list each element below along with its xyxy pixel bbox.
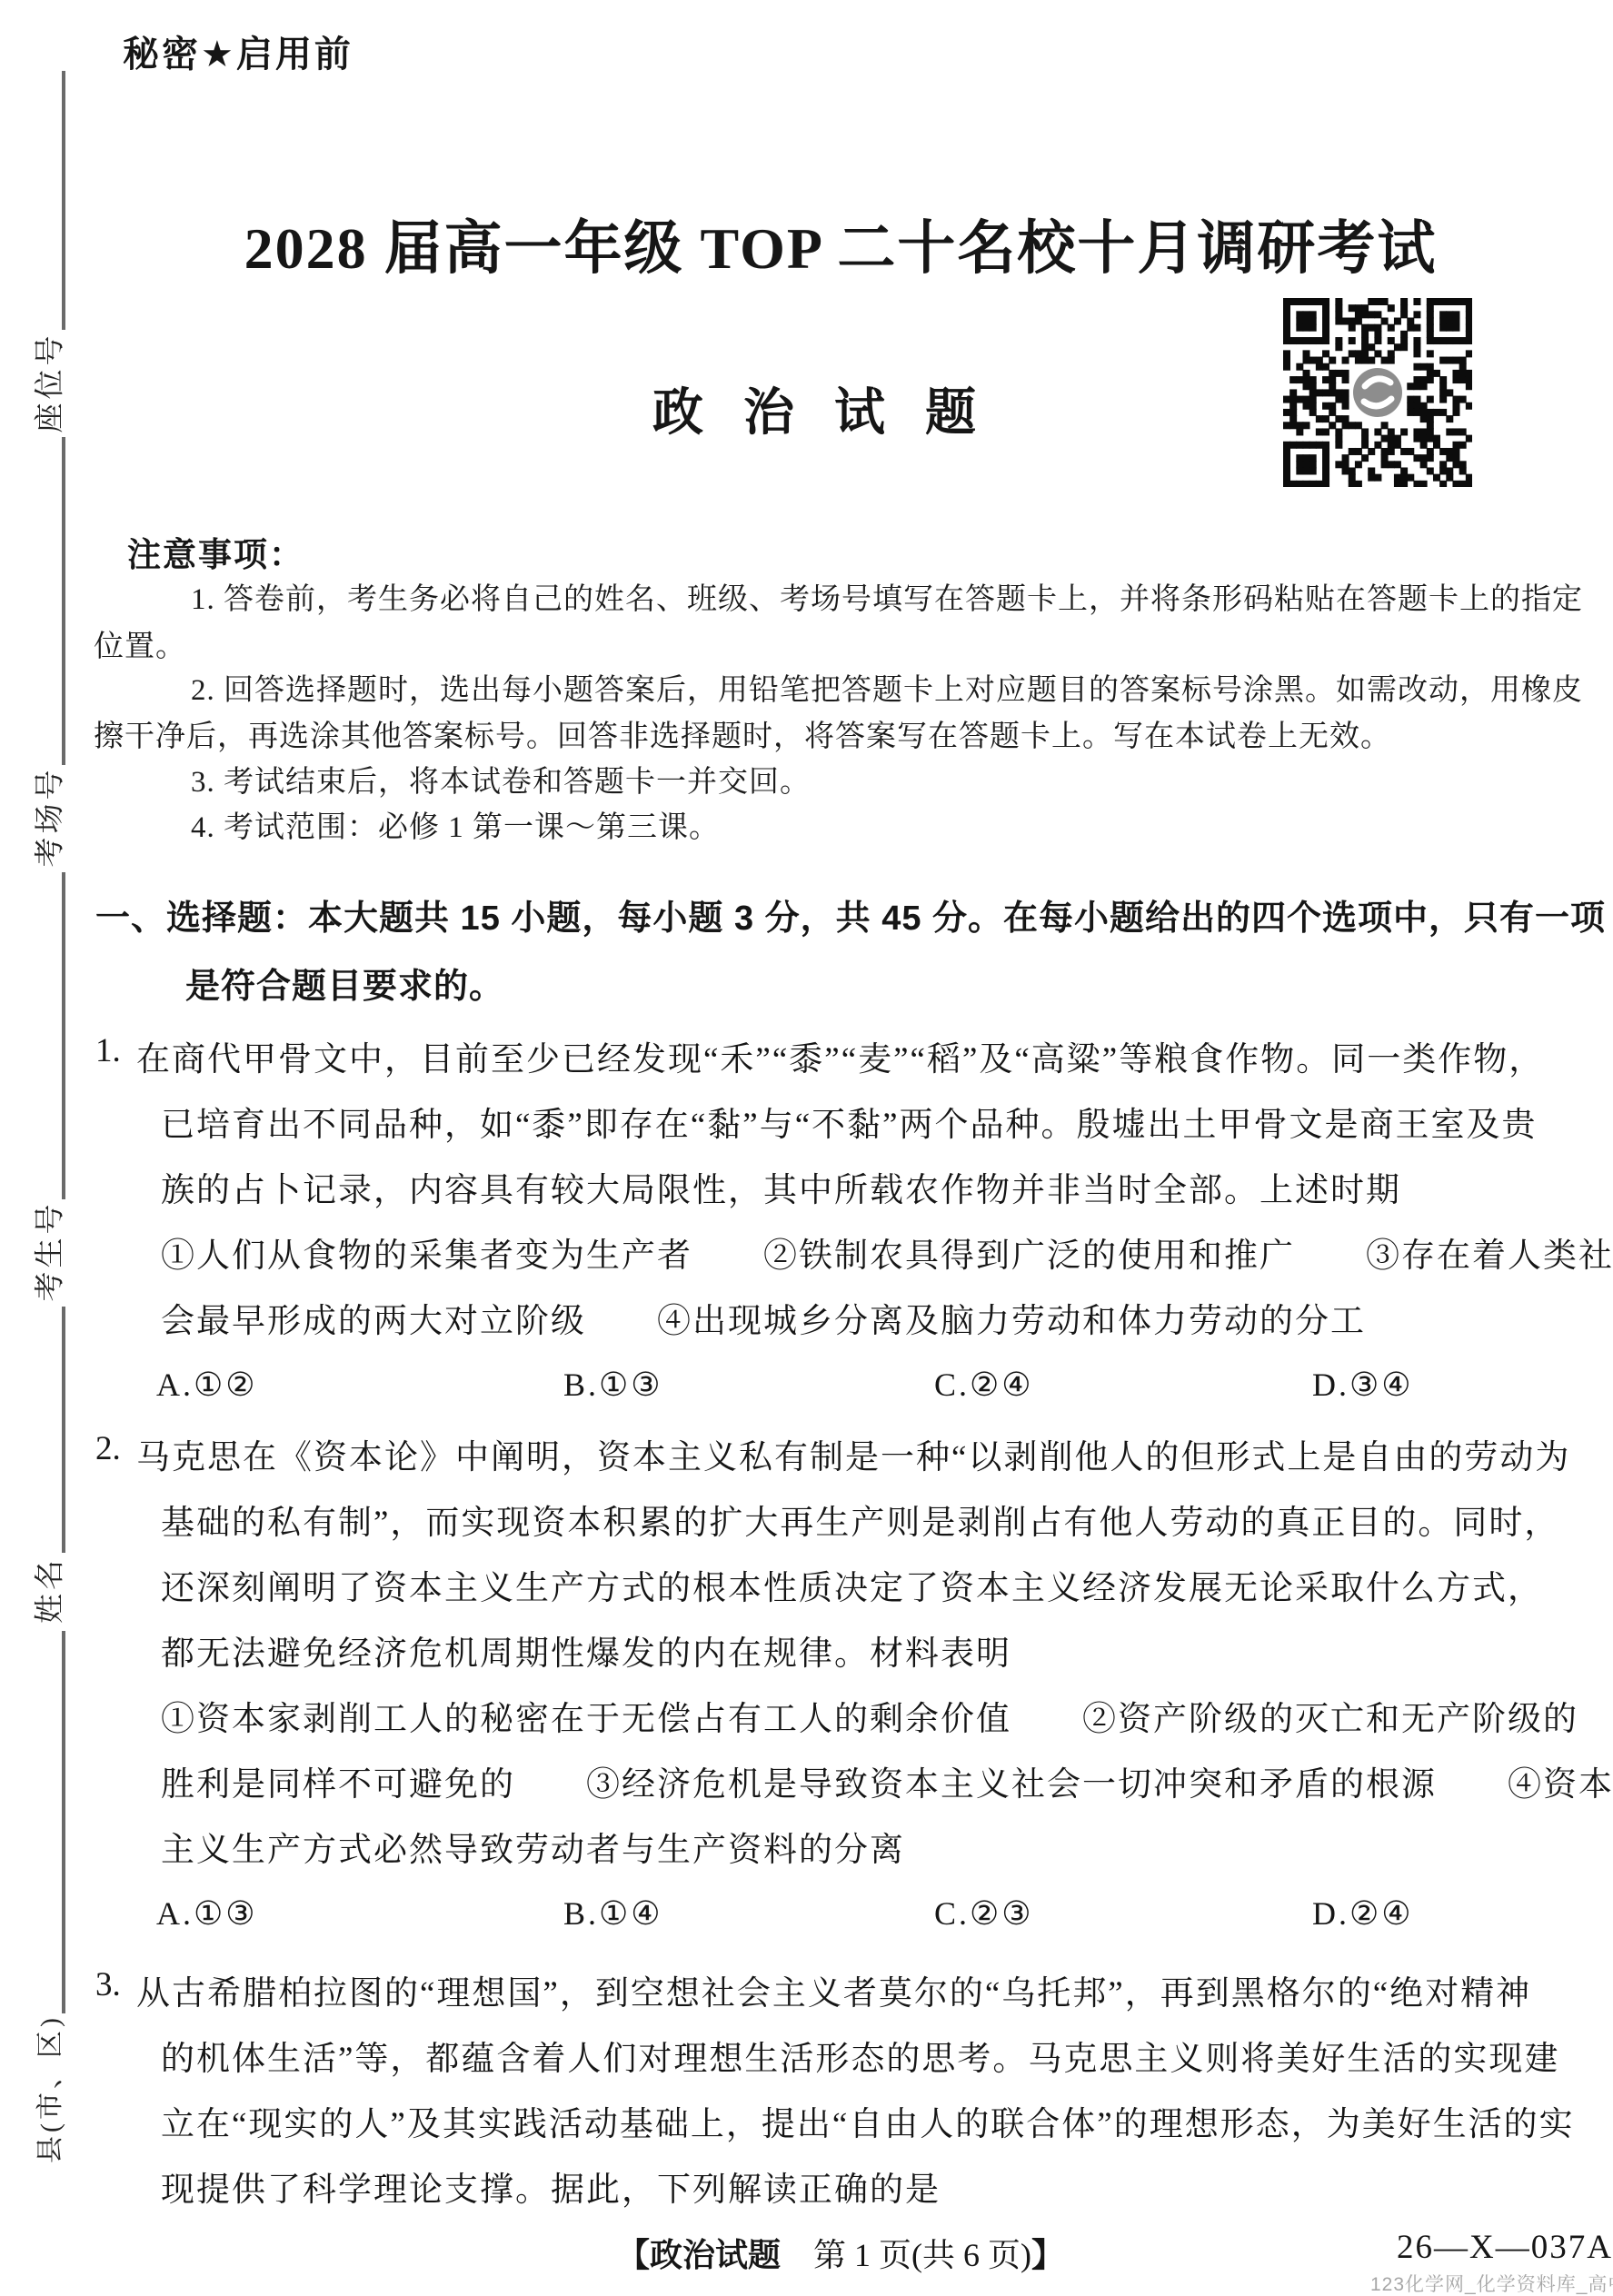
answer-option: D.③④ xyxy=(1312,1366,1414,1404)
footer-doc-label: 【政治试题 xyxy=(617,2236,781,2273)
question-line: 都无法避免经济危机周期性爆发的内在规律。材料表明 xyxy=(161,1625,1011,1675)
exam-title: 2028 届高一年级 TOP 二十名校十月调研考试 xyxy=(100,202,1581,285)
question-line: 从古希腊柏拉图的“理想国”，到空想社会主义者莫尔的“乌托邦”，再到黑格尔的“绝对… xyxy=(136,1965,1531,2014)
question-line: ①资本家剥削工人的秘密在于无偿占有工人的剩余价值 ②资产阶级的灭亡和无产阶级的 xyxy=(161,1691,1578,1740)
footer-bracket: 】 xyxy=(1031,2236,1064,2273)
sidebar-field-label: 县(市、区) xyxy=(27,2014,67,2163)
question-line: 现提供了科学理论支撑。据此，下列解读正确的是 xyxy=(161,2162,941,2211)
secrecy-label: 秘密★启用前 xyxy=(123,25,353,77)
section-heading-line1: 一、选择题：本大题共 15 小题，每小题 3 分，共 45 分。在每小题给出的四… xyxy=(95,890,1606,939)
question-line: 基础的私有制”，而实现资本积累的扩大再生产则是剥削占有他人劳动的真正目的。同时， xyxy=(161,1495,1559,1544)
question-line: 马克思在《资本论》中阐明，资本主义私有制是一种“以剥削他人的但形式上是自由的劳动… xyxy=(136,1429,1570,1478)
notice-line: 位置。 xyxy=(94,622,186,665)
question-number: 3. xyxy=(95,1965,121,2004)
sidebar-fill-line xyxy=(62,1307,65,1553)
answer-option: B.①③ xyxy=(563,1366,663,1404)
watermark: 123化学网_化学资料库_高中试卷库 xyxy=(1370,2270,1613,2296)
sidebar-fill-line xyxy=(62,1631,65,2013)
question-line: 胜利是同样不可避免的 ③经济危机是导致资本主义社会一切冲突和矛盾的根源 ④资本 xyxy=(161,1756,1613,1805)
question-line: 立在“现实的人”及其实践活动基础上，提出“自由人的联合体”的理想形态，为美好生活… xyxy=(161,2096,1575,2145)
paper-code: 26—X—037A xyxy=(1397,2228,1613,2267)
sidebar-fill-line xyxy=(62,71,65,330)
sidebar-field-label: 姓名 xyxy=(26,1556,69,1624)
answer-option: D.②④ xyxy=(1312,1894,1414,1933)
page-footer: 【政治试题 第 1 页(共 6 页)】 xyxy=(100,2230,1581,2276)
notice-line: 擦干净后，再选涂其他答案标号。回答非选择题时，将答案写在答题卡上。写在本试卷上无… xyxy=(94,712,1391,755)
footer-page-info: 第 1 页(共 6 页) xyxy=(781,2237,1031,2273)
question-number: 1. xyxy=(95,1031,121,1070)
question-line: 已培育出不同品种，如“黍”即存在“黏”与“不黏”两个品种。殷墟出土甲骨文是商王室… xyxy=(161,1097,1538,1146)
question-number: 2. xyxy=(95,1429,121,1468)
answer-option: A.①② xyxy=(156,1366,258,1404)
question-line: 会最早形成的两大对立阶级 ④出现城乡分离及脑力劳动和体力劳动的分工 xyxy=(161,1293,1366,1342)
notice-line: 2. 回答选择题时，选出每小题答案后，用铅笔把答题卡上对应题目的答案标号涂黑。如… xyxy=(191,666,1583,709)
question-line: 主义生产方式必然导致劳动者与生产资料的分离 xyxy=(161,1822,905,1871)
answer-option: B.①④ xyxy=(563,1894,663,1933)
notice-line: 1. 答卷前，考生务必将自己的姓名、班级、考场号填写在答题卡上，并将条形码粘贴在… xyxy=(191,575,1583,618)
question-line: ①人们从食物的采集者变为生产者 ②铁制农具得到广泛的使用和推广 ③存在着人类社 xyxy=(161,1228,1613,1277)
sidebar-fill-line xyxy=(62,437,65,765)
notice-line: 4. 考试范围：必修 1 第一课～第三课。 xyxy=(191,803,720,846)
question-line: 族的占卜记录，内容具有较大局限性，其中所载农作物并非当时全部。上述时期 xyxy=(161,1162,1401,1211)
sidebar-field-label: 考生号 xyxy=(26,1201,69,1302)
question-line: 还深刻阐明了资本主义生产方式的根本性质决定了资本主义经济发展无论采取什么方式， xyxy=(161,1560,1543,1609)
sidebar-fill-line xyxy=(62,872,65,1199)
question-line: 的机体生活”等，都蕴含着人们对理想生活形态的思考。马克思主义则将美好生活的实现建 xyxy=(161,2031,1559,2080)
answer-option: C.②④ xyxy=(934,1366,1034,1404)
exam-subject-title: 政治试题 xyxy=(652,373,1016,445)
answer-option: A.①③ xyxy=(156,1894,258,1933)
qr-code xyxy=(1283,298,1472,487)
qr-center-logo xyxy=(1353,368,1402,417)
answer-option: C.②③ xyxy=(934,1894,1034,1933)
sidebar-field-label: 座位号 xyxy=(26,333,69,433)
sidebar-field-label: 考场号 xyxy=(26,767,69,868)
section-heading-line2: 是符合题目要求的。 xyxy=(185,958,504,1008)
notice-line: 3. 考试结束后，将本试卷和答题卡一并交回。 xyxy=(191,758,811,800)
notice-heading: 注意事项： xyxy=(127,527,304,576)
question-line: 在商代甲骨文中，目前至少已经发现“禾”“黍”“麦”“稻”及“高粱”等粮食作物。同… xyxy=(136,1031,1544,1080)
